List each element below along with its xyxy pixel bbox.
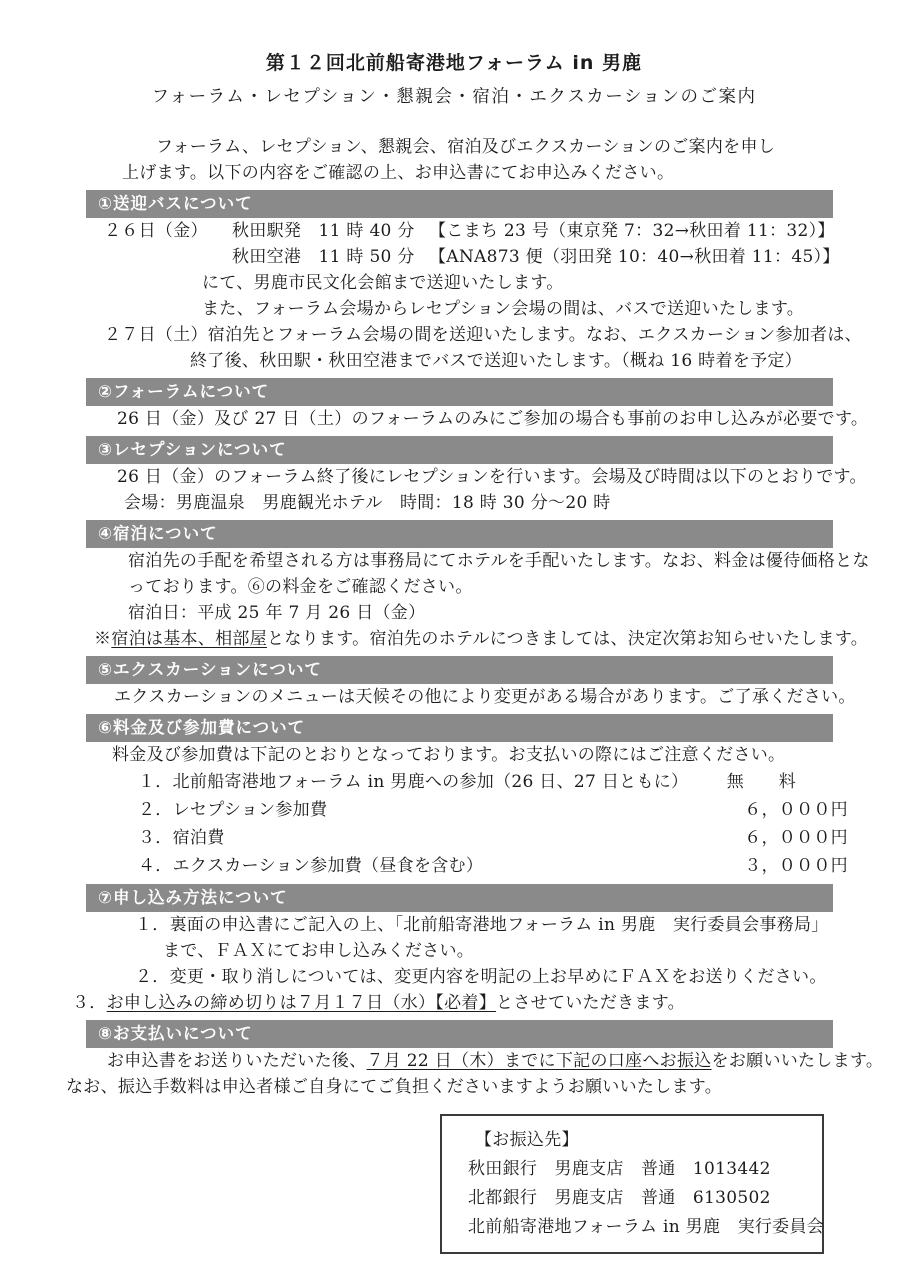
- payment-line1-underlined: ７月 22 日（木）までに下記の口座へお振込: [367, 1051, 712, 1071]
- transfer-bank-hokuto: 北都銀行 男鹿支店 普通 6130502: [468, 1184, 822, 1213]
- intro-line-1: フォーラム、レセプション、懇親会、宿泊及びエクスカーションのご案内を申し: [156, 134, 856, 160]
- fee-price: ３，０００円: [744, 852, 856, 880]
- document-page: 第１２回北前船寄港地フォーラム in 男鹿 フォーラム・レセプション・懇親会・宿…: [0, 0, 908, 1284]
- payment-line1-post: をお願いいたします。: [712, 1051, 884, 1071]
- section-heading-forum: ②フォーラムについて: [86, 378, 833, 406]
- bus-day1-train: 【こまち 23 号（東京発 7：32→秋田着 11：32）】: [429, 221, 835, 241]
- section-heading-lodging: ④宿泊について: [86, 520, 833, 548]
- lodging-note-post: となります。宿泊先のホテルにつきましては、決定次第お知らせいたします。: [267, 629, 868, 649]
- apply-item2: ２．変更・取り消しについては、変更内容を明記の上お早めにＦＡＸをお送りください。: [135, 964, 856, 990]
- section-heading-excursion: ⑤エクスカーションについて: [86, 656, 833, 684]
- fee-price: ６，０００円: [744, 796, 856, 824]
- excursion-line: エクスカーションのメニューは天候その他により変更がある場合があります。ご了承くだ…: [114, 684, 856, 710]
- bus-day1-note1: にて、男鹿市民文化会館まで送迎いたします。: [202, 270, 856, 296]
- intro-line-2: 上げます。以下の内容をご確認の上、お申込書にてお申込みください。: [122, 160, 856, 186]
- fee-row: １．北前船寄港地フォーラム in 男鹿への参加（26 日、27 日ともに）無 料: [138, 768, 856, 796]
- lodging-line-3: 宿泊日：平成 25 年 7 月 26 日（金）: [128, 600, 856, 626]
- fee-row: ２．レセプション参加費６，０００円: [138, 796, 856, 824]
- section-heading-payment: ⑧お支払いについて: [86, 1020, 833, 1048]
- section-heading-apply: ⑦申し込み方法について: [86, 884, 833, 912]
- transfer-box: 【お振込先】 秋田銀行 男鹿支店 普通 1013442 北都銀行 男鹿支店 普通…: [440, 1114, 824, 1254]
- bus-day1-flight: 【ANA873 便（羽田発 10：40→秋田着 11：45）】: [429, 247, 840, 267]
- section-heading-fees: ⑥料金及び参加費について: [86, 714, 833, 742]
- lodging-note-pre: ※: [94, 629, 111, 649]
- fee-label: ２．レセプション参加費: [138, 796, 744, 824]
- bus-day1-row1: ２６日（金）秋田駅発 11 時 40 分【こまち 23 号（東京発 7：32→秋…: [104, 218, 856, 244]
- doc-content: フォーラム、レセプション、懇親会、宿泊及びエクスカーションのご案内を申し 上げま…: [86, 134, 856, 1254]
- bus-day2-line2: 終了後、秋田駅・秋田空港までバスで送迎いたします。（概ね 16 時着を予定）: [190, 348, 856, 374]
- bus-day1-station: 秋田駅発 11 時 40 分: [232, 218, 429, 244]
- payment-line-2: なお、振込手数料は申込者様ご自身にてご負担くださいますようお願いいたします。: [66, 1074, 856, 1100]
- fee-price: ６，０００円: [744, 824, 856, 852]
- payment-line1-pre: お申込書をお送りいただいた後、: [107, 1051, 367, 1071]
- bus-day2-line1: ２７日（土）宿泊先とフォーラム会場の間を送迎いたします。なお、エクスカーション参…: [104, 322, 856, 348]
- reception-line-2: 会場：男鹿温泉 男鹿観光ホテル 時間：18 時 30 分～20 時: [124, 490, 856, 516]
- fee-row: ３．宿泊費６，０００円: [138, 824, 856, 852]
- bus-day1-label: ２６日（金）: [104, 218, 232, 244]
- payment-line-1: お申込書をお送りいただいた後、７月 22 日（木）までに下記の口座へお振込をお願…: [107, 1048, 856, 1074]
- section-heading-reception: ③レセプションについて: [86, 436, 833, 464]
- bus-day1-airport: 秋田空港 11 時 50 分: [232, 244, 429, 270]
- section-heading-bus: ①送迎バスについて: [86, 190, 833, 218]
- lodging-note: ※宿泊は基本、相部屋となります。宿泊先のホテルにつきましては、決定次第お知らせい…: [94, 626, 856, 652]
- transfer-account-holder: 北前船寄港地フォーラム in 男鹿 実行委員会: [468, 1213, 822, 1242]
- apply-item3-underlined: お申し込みの締め切りは７月１７日（水）【必着】: [107, 993, 496, 1013]
- intro-paragraph: フォーラム、レセプション、懇親会、宿泊及びエクスカーションのご案内を申し 上げま…: [86, 134, 856, 186]
- fee-label: ４．エクスカーション参加費（昼食を含む）: [138, 852, 744, 880]
- forum-line: 26 日（金）及び 27 日（土）のフォーラムのみにご参加の場合も事前のお申し込…: [117, 406, 856, 432]
- fee-label: ３．宿泊費: [138, 824, 744, 852]
- apply-item1-line2: まで、ＦＡＸにてお申し込みください。: [163, 938, 856, 964]
- doc-title: 第１２回北前船寄港地フォーラム in 男鹿: [0, 0, 908, 76]
- apply-item1-line1: １．裏面の申込書にご記入の上、「北前船寄港地フォーラム in 男鹿 実行委員会事…: [135, 912, 856, 938]
- lodging-line-2: っております。⑥の料金をご確認ください。: [128, 574, 856, 600]
- apply-item3-pre: ３．: [72, 993, 107, 1013]
- fee-row: ４．エクスカーション参加費（昼食を含む）３，０００円: [138, 852, 856, 880]
- bus-day1-note2: また、フォーラム会場からレセプション会場の間は、バスで送迎いたします。: [202, 296, 856, 322]
- lodging-line-1: 宿泊先の手配を希望される方は事務局にてホテルを手配いたします。なお、料金は優待価…: [128, 548, 856, 574]
- lodging-note-underlined: 宿泊は基本、相部屋: [111, 629, 267, 649]
- fee-price: 無 料: [727, 768, 856, 796]
- apply-item3-post: とさせていただきます。: [496, 993, 685, 1013]
- doc-subtitle: フォーラム・レセプション・懇親会・宿泊・エクスカーションのご案内: [0, 84, 908, 110]
- bus-day1-row2: 秋田空港 11 時 50 分【ANA873 便（羽田発 10：40→秋田着 11…: [232, 244, 856, 270]
- apply-item3: ３．お申し込みの締め切りは７月１７日（水）【必着】とさせていただきます。: [72, 990, 856, 1016]
- transfer-bank-akita: 秋田銀行 男鹿支店 普通 1013442: [468, 1155, 822, 1184]
- transfer-box-title: 【お振込先】: [475, 1126, 822, 1155]
- fee-label: １．北前船寄港地フォーラム in 男鹿への参加（26 日、27 日ともに）: [138, 768, 727, 796]
- reception-line-1: 26 日（金）のフォーラム終了後にレセプションを行います。会場及び時間は以下のと…: [117, 464, 856, 490]
- fees-intro-line: 料金及び参加費は下記のとおりとなっております。お支払いの際にはご注意ください。: [112, 742, 856, 768]
